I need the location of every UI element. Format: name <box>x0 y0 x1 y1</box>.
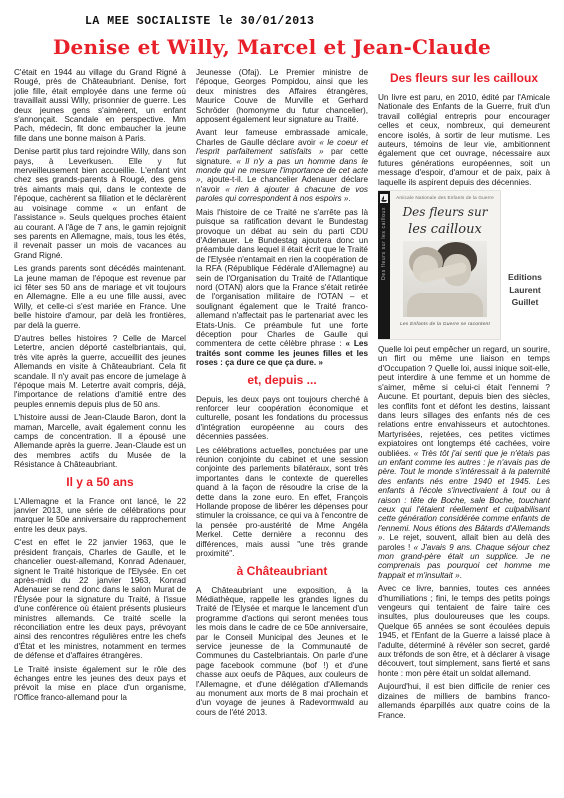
text-run: à Châteaubriant <box>237 564 328 578</box>
text-run: Avec ce livre, bannies, toutes ces année… <box>378 584 550 678</box>
column-3-bottom: Quelle loi peut empêcher un regard, un s… <box>378 345 550 720</box>
column-3: Des fleurs sur les caillouxUn livre est … <box>378 68 550 780</box>
section-heading: Des fleurs sur les cailloux <box>378 71 550 85</box>
book-title-line1: Des fleurs sur <box>403 205 488 219</box>
text-run: Depuis, les deux pays ont toujours cherc… <box>196 395 368 442</box>
text-run: A Châteaubriant une exposition, à la Méd… <box>196 586 368 717</box>
masthead: LA MEE SOCIALISTE le 30/01/2013 <box>85 15 564 28</box>
paragraph: L'Allemagne et la France ont lancé, le 2… <box>14 497 186 535</box>
text-run: Jeunesse (Ofaj). Le Premier ministre de … <box>196 68 368 124</box>
paragraph: L'histoire aussi de Jean-Claude Baron, d… <box>14 413 186 469</box>
paragraph: Mais l'histoire de ce Traité ne s'arrête… <box>196 208 368 368</box>
text-run: et, depuis ... <box>247 373 316 387</box>
paragraph: Aujourd'hui, il est bien difficile de re… <box>378 682 550 720</box>
text-run: Des fleurs sur les cailloux <box>390 71 538 85</box>
publisher-line: Editions <box>508 271 542 283</box>
section-heading: Il y a 50 ans <box>14 475 186 489</box>
text-run: « Très tôt j'ai senti que je n'étais pas… <box>378 449 550 543</box>
text-run: D'autres belles histoires ? Celle de Mar… <box>14 334 186 409</box>
paragraph: Avant leur fameuse embrassade amicale, C… <box>196 128 368 203</box>
paragraph: Le Traité insiste également sur le rôle … <box>14 665 186 703</box>
section-heading: et, depuis ... <box>196 373 368 387</box>
publisher-line: Guillet <box>508 296 542 308</box>
column-1: C'était en 1944 au village du Grand Rign… <box>14 68 186 780</box>
text-run: Il y a 50 ans <box>66 475 133 489</box>
book-title-line2: les cailloux <box>408 222 482 237</box>
page-title: Denise et Willy, Marcel et Jean-Claude <box>0 35 544 59</box>
text-run: Aujourd'hui, il est bien difficile de re… <box>378 682 550 719</box>
paragraph: Les célébrations actuelles, ponctuées pa… <box>196 446 368 559</box>
text-run: Les célébrations actuelles, ponctuées pa… <box>196 446 368 558</box>
publisher-label: Editions Laurent Guillet <box>508 271 542 308</box>
text-run: C'est en effet le 22 janvier 1963, que l… <box>14 538 186 660</box>
text-run: C'était en 1944 au village du Grand Rign… <box>14 68 186 143</box>
paragraph: D'autres belles histoires ? Celle de Mar… <box>14 334 186 409</box>
text-run: . <box>348 194 350 203</box>
paragraph: Jeunesse (Ofaj). Le Premier ministre de … <box>196 68 368 124</box>
paragraph: C'était en 1944 au village du Grand Rign… <box>14 68 186 143</box>
book-cover-figure: Des fleurs sur les cailloux Amicale Nati… <box>378 191 550 339</box>
paragraph: A Châteaubriant une exposition, à la Méd… <box>196 586 368 718</box>
section-heading: à Châteaubriant <box>196 564 368 578</box>
text-run: Les grands parents sont décédés maintena… <box>14 264 186 329</box>
photo-bodies <box>407 293 483 317</box>
book-caption: Les Enfants de la Guerre se racontent <box>393 322 497 327</box>
article-columns: C'était en 1944 au village du Grand Rign… <box>0 68 564 780</box>
text-run: L'Allemagne et la France ont lancé, le 2… <box>14 497 186 534</box>
book-title: Des fleurs sur les cailloux <box>393 203 497 237</box>
column-2: Jeunesse (Ofaj). Le Premier ministre de … <box>196 68 368 780</box>
book-spine-title: Des fleurs sur les cailloux <box>381 207 387 280</box>
text-run: Denise partit plus tard rejoindre Willy,… <box>14 147 186 259</box>
text-run: Un livre est paru, en 2010, édité par l'… <box>378 93 550 187</box>
text-run: . <box>460 571 462 580</box>
text-run: Mais l'histoire de ce Traité ne s'arrête… <box>196 208 368 349</box>
column-3-top: Des fleurs sur les caillouxUn livre est … <box>378 71 550 187</box>
ship-logo-icon <box>380 194 388 203</box>
paragraph: Quelle loi peut empêcher un regard, un s… <box>378 345 550 580</box>
text-run: Le Traité insiste également sur le rôle … <box>14 665 186 702</box>
paragraph: Depuis, les deux pays ont toujours cherc… <box>196 395 368 442</box>
text-run: L'histoire aussi de Jean-Claude Baron, d… <box>14 413 186 469</box>
book-spine: Des fleurs sur les cailloux <box>378 191 390 339</box>
paragraph: Avec ce livre, bannies, toutes ces année… <box>378 584 550 678</box>
publisher-line: Laurent <box>508 284 542 296</box>
paragraph: Les grands parents sont décédés maintena… <box>14 264 186 330</box>
paragraph: Un livre est paru, en 2010, édité par l'… <box>378 93 550 187</box>
paragraph: C'est en effet le 22 janvier 1963, que l… <box>14 538 186 660</box>
book-cover: Des fleurs sur les cailloux Amicale Nati… <box>378 191 500 339</box>
text-run: Quelle loi peut empêcher un regard, un s… <box>378 345 550 457</box>
paragraph: Denise partit plus tard rejoindre Willy,… <box>14 147 186 260</box>
book-cover-face: Amicale Nationale des Enfants de la Guer… <box>390 191 500 339</box>
book-association-name: Amicale Nationale des Enfants de la Guer… <box>393 195 497 200</box>
book-cover-photo <box>403 241 487 317</box>
